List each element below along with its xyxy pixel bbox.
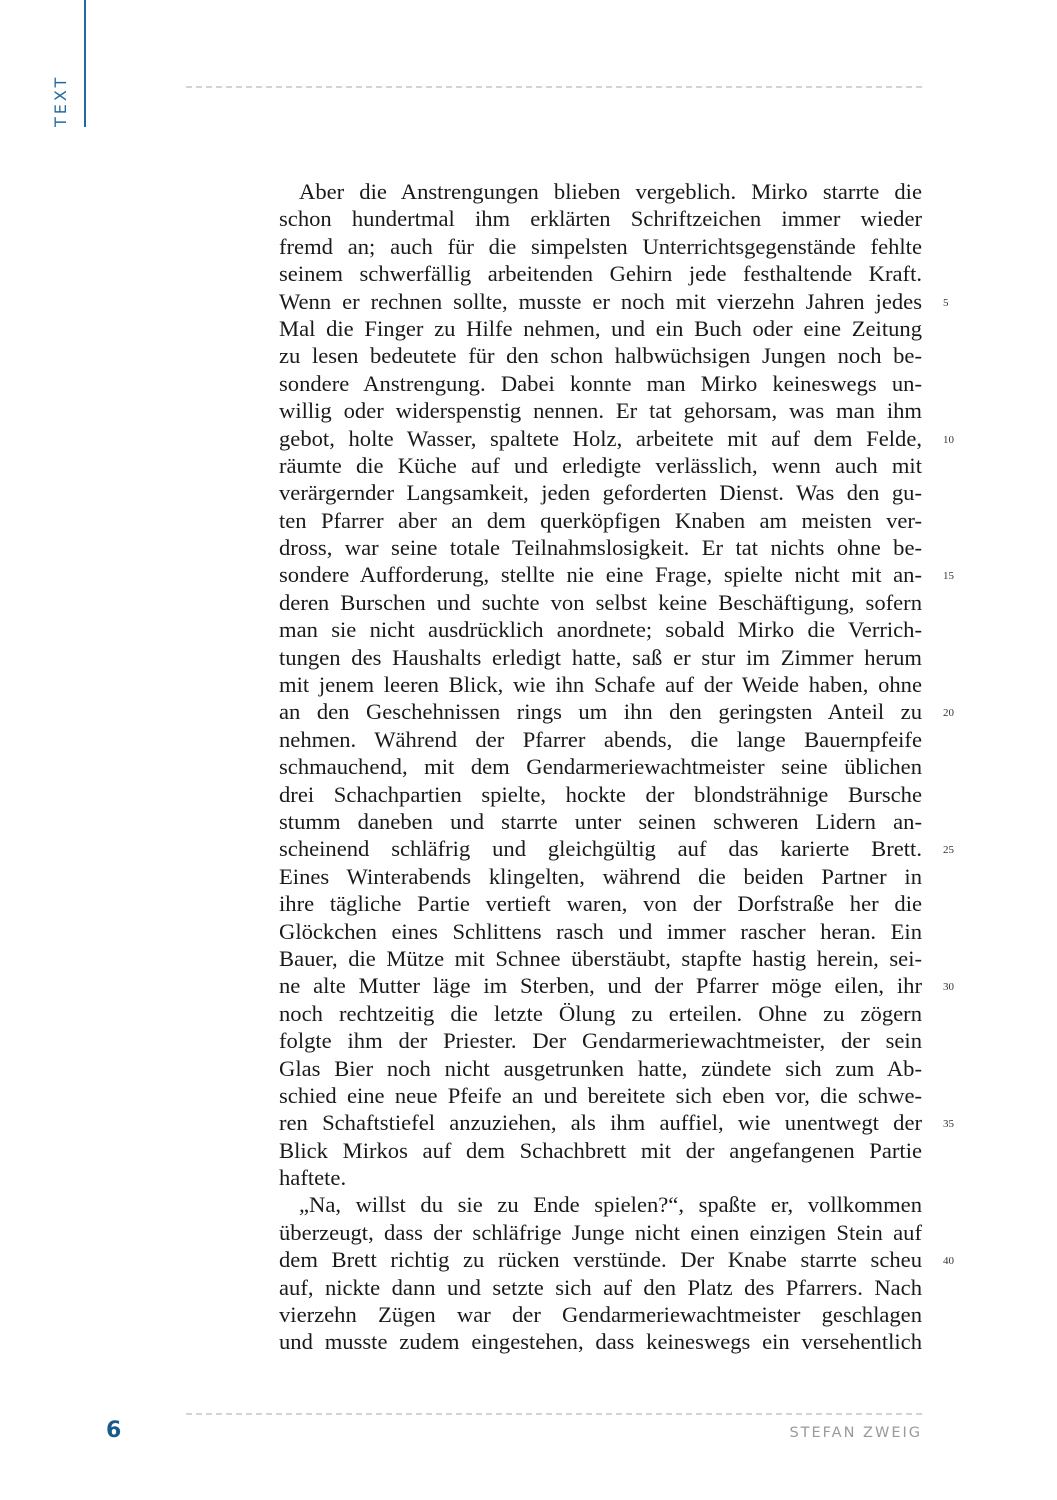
text-line-content: deren Burschen und suchte von selbst kei… xyxy=(279,589,922,616)
text-line: folgte ihm der Priester. Der Gendarmerie… xyxy=(279,1027,922,1054)
text-line-content: noch rechtzeitig die letzte Ölung zu ert… xyxy=(279,1000,922,1027)
text-line: schon hundertmal ihm erklärten Schriftze… xyxy=(279,205,922,232)
text-line: auf, nickte dann und setzte sich auf den… xyxy=(279,1274,922,1301)
text-line-content: dross, war seine totale Teilnahmslosigke… xyxy=(279,534,922,561)
text-line: gebot, holte Wasser, spaltete Holz, arbe… xyxy=(279,425,922,452)
text-line-content: Blick Mirkos auf dem Schachbrett mit der… xyxy=(279,1137,922,1164)
text-line: Glöckchen eines Schlittens rasch und imm… xyxy=(279,918,922,945)
text-line-content: Bauer, die Mütze mit Schnee überstäubt, … xyxy=(279,945,922,972)
text-line: haftete. xyxy=(279,1164,922,1191)
text-line-content: Glöckchen eines Schlittens rasch und imm… xyxy=(279,918,922,945)
text-line: willig oder widerspenstig nennen. Er tat… xyxy=(279,397,922,424)
text-line-content: sondere Anstrengung. Dabei konnte man Mi… xyxy=(279,370,922,397)
text-line-content: sondere Aufforderung, stellte nie eine F… xyxy=(279,561,922,588)
line-number: 25 xyxy=(943,837,954,864)
text-line-content: haftete. xyxy=(279,1165,346,1190)
text-line-content: schmauchend, mit dem Gendarmeriewachtmei… xyxy=(279,753,922,780)
line-number: 5 xyxy=(943,290,949,317)
text-line: räumte die Küche auf und erledigte verlä… xyxy=(279,452,922,479)
text-line: ten Pfarrer aber an dem querköpfigen Kna… xyxy=(279,507,922,534)
text-line: man sie nicht ausdrücklich anordnete; so… xyxy=(279,616,922,643)
text-line: Blick Mirkos auf dem Schachbrett mit der… xyxy=(279,1137,922,1164)
line-number: 40 xyxy=(943,1248,954,1275)
text-line: sondere Anstrengung. Dabei konnte man Mi… xyxy=(279,370,922,397)
text-line-content: ne alte Mutter läge im Sterben, und der … xyxy=(279,972,922,999)
text-line: nehmen. Während der Pfarrer abends, die … xyxy=(279,726,922,753)
bottom-dashed-divider xyxy=(186,1413,922,1415)
section-accent-rule xyxy=(84,0,86,127)
author-name: STEFAN ZWEIG xyxy=(789,1425,922,1441)
line-number: 15 xyxy=(943,563,954,590)
text-line: Glas Bier noch nicht ausgetrunken hatte,… xyxy=(279,1055,922,1082)
top-dashed-divider xyxy=(186,86,922,88)
text-line-content: ten Pfarrer aber an dem querköpfigen Kna… xyxy=(279,507,922,534)
text-line-content: gebot, holte Wasser, spaltete Holz, arbe… xyxy=(279,425,922,452)
text-line-content: Glas Bier noch nicht ausgetrunken hatte,… xyxy=(279,1055,922,1082)
text-line-content: Aber die Anstrengungen blieben vergeblic… xyxy=(299,178,922,205)
text-line-content: scheinend schläfrig und gleichgültig auf… xyxy=(279,835,922,862)
text-line-content: schon hundertmal ihm erklärten Schriftze… xyxy=(279,205,922,232)
text-line: überzeugt, dass der schläfrige Junge nic… xyxy=(279,1219,922,1246)
text-line: ne alte Mutter läge im Sterben, und der … xyxy=(279,972,922,999)
text-line-content: vierzehn Zügen war der Gendarmeriewachtm… xyxy=(279,1301,922,1328)
text-line-content: Wenn er rechnen sollte, musste er noch m… xyxy=(279,288,922,315)
page-number: 6 xyxy=(106,1418,121,1443)
text-line-content: stumm daneben und starrte unter seinen s… xyxy=(279,808,922,835)
text-line-content: fremd an; auch für die simpelsten Unterr… xyxy=(279,233,922,260)
text-line-content: auf, nickte dann und setzte sich auf den… xyxy=(279,1274,922,1301)
text-line: seinem schwerfällig arbeitenden Gehirn j… xyxy=(279,260,922,287)
body-text: Aber die Anstrengungen blieben vergeblic… xyxy=(279,178,922,1356)
section-label: TEXT xyxy=(50,75,72,127)
text-line: ren Schaftstiefel anzuziehen, als ihm au… xyxy=(279,1109,922,1136)
line-number: 30 xyxy=(943,974,954,1001)
text-line: Wenn er rechnen sollte, musste er noch m… xyxy=(279,288,922,315)
text-line: vierzehn Zügen war der Gendarmeriewachtm… xyxy=(279,1301,922,1328)
text-line-content: Eines Winterabends klingelten, während d… xyxy=(279,863,922,890)
book-page: TEXT Aber die Anstrengungen blieben verg… xyxy=(0,0,1057,1500)
text-line: „Na, willst du sie zu Ende spielen?“, sp… xyxy=(279,1191,922,1218)
line-number: 35 xyxy=(943,1111,954,1138)
text-line: dross, war seine totale Teilnahmslosigke… xyxy=(279,534,922,561)
text-line-content: man sie nicht ausdrücklich anordnete; so… xyxy=(279,616,922,643)
text-line-content: ihre tägliche Partie vertieft waren, von… xyxy=(279,890,922,917)
text-line-content: nehmen. Während der Pfarrer abends, die … xyxy=(279,726,922,753)
line-number: 20 xyxy=(943,700,954,727)
text-line: scheinend schläfrig und gleichgültig auf… xyxy=(279,835,922,862)
text-line-content: schied eine neue Pfeife an und bereitete… xyxy=(279,1082,922,1109)
text-line: zu lesen bedeutete für den schon halbwüc… xyxy=(279,342,922,369)
text-line-content: seinem schwerfällig arbeitenden Gehirn j… xyxy=(279,260,922,287)
text-line-content: ren Schaftstiefel anzuziehen, als ihm au… xyxy=(279,1109,922,1136)
text-line-content: zu lesen bedeutete für den schon halbwüc… xyxy=(279,342,922,369)
text-line: schied eine neue Pfeife an und bereitete… xyxy=(279,1082,922,1109)
text-line: stumm daneben und starrte unter seinen s… xyxy=(279,808,922,835)
text-line-content: willig oder widerspenstig nennen. Er tat… xyxy=(279,397,922,424)
text-line: dem Brett richtig zu rücken verstünde. D… xyxy=(279,1246,922,1273)
text-line: und musste zudem eingestehen, dass keine… xyxy=(279,1328,922,1355)
text-line: sondere Aufforderung, stellte nie eine F… xyxy=(279,561,922,588)
text-line-content: überzeugt, dass der schläfrige Junge nic… xyxy=(279,1219,922,1246)
text-line: ihre tägliche Partie vertieft waren, von… xyxy=(279,890,922,917)
text-line: mit jenem leeren Blick, wie ihn Schafe a… xyxy=(279,671,922,698)
text-line: verärgernder Langsamkeit, jeden geforder… xyxy=(279,479,922,506)
text-line: noch rechtzeitig die letzte Ölung zu ert… xyxy=(279,1000,922,1027)
text-line-content: mit jenem leeren Blick, wie ihn Schafe a… xyxy=(279,671,922,698)
text-line: fremd an; auch für die simpelsten Unterr… xyxy=(279,233,922,260)
text-line-content: verärgernder Langsamkeit, jeden geforder… xyxy=(279,479,922,506)
text-line-content: drei Schachpartien spielte, hockte der b… xyxy=(279,781,922,808)
text-line: Eines Winterabends klingelten, während d… xyxy=(279,863,922,890)
text-line: schmauchend, mit dem Gendarmeriewachtmei… xyxy=(279,753,922,780)
text-line-content: an den Geschehnissen rings um ihn den ge… xyxy=(279,698,922,725)
text-line-content: dem Brett richtig zu rücken verstünde. D… xyxy=(279,1246,922,1273)
line-number: 10 xyxy=(943,427,954,454)
text-line: Mal die Finger zu Hilfe nehmen, und ein … xyxy=(279,315,922,342)
text-line-content: tungen des Haushalts erledigt hatte, saß… xyxy=(279,644,922,671)
text-line-content: räumte die Küche auf und erledigte verlä… xyxy=(279,452,922,479)
text-line: Bauer, die Mütze mit Schnee überstäubt, … xyxy=(279,945,922,972)
text-line-content: Mal die Finger zu Hilfe nehmen, und ein … xyxy=(279,315,922,342)
text-line: drei Schachpartien spielte, hockte der b… xyxy=(279,781,922,808)
text-line: an den Geschehnissen rings um ihn den ge… xyxy=(279,698,922,725)
text-line: deren Burschen und suchte von selbst kei… xyxy=(279,589,922,616)
text-line: tungen des Haushalts erledigt hatte, saß… xyxy=(279,644,922,671)
text-line-content: und musste zudem eingestehen, dass keine… xyxy=(279,1328,922,1355)
text-line-content: „Na, willst du sie zu Ende spielen?“, sp… xyxy=(299,1191,922,1218)
text-line-content: folgte ihm der Priester. Der Gendarmerie… xyxy=(279,1027,922,1054)
text-line: Aber die Anstrengungen blieben vergeblic… xyxy=(279,178,922,205)
